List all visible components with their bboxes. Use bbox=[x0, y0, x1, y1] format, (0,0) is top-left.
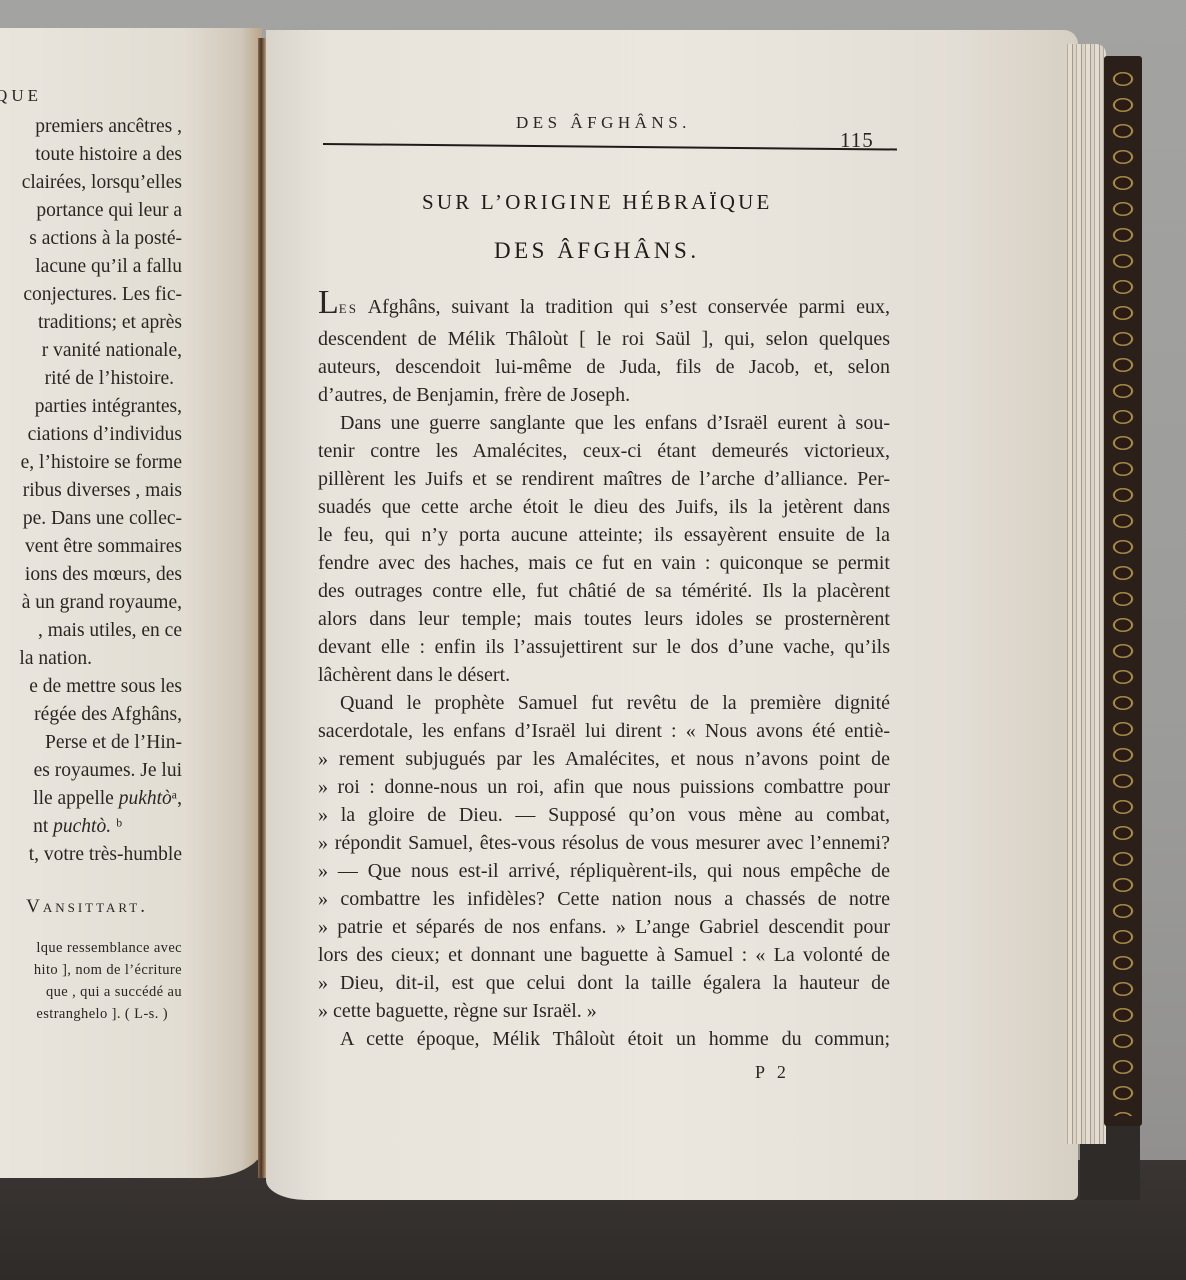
body-line: pillèrent les Juifs et se rendirent maît… bbox=[318, 468, 890, 491]
left-line: , mais utiles, en ce bbox=[38, 620, 182, 642]
left-line: portance qui leur a bbox=[36, 200, 182, 222]
left-line: ciations d’individus bbox=[28, 424, 182, 446]
running-head: DES ÂFGHÂNS. bbox=[516, 113, 691, 133]
body-line: A cette époque, Mélik Thâloùt étoit un h… bbox=[340, 1028, 890, 1051]
left-line: régée des Afghâns, bbox=[34, 704, 182, 726]
body-line-first: Les Afghâns, suivant la tradition qui s’… bbox=[318, 286, 890, 320]
body-line: » combattre les infidèles? Cette nation … bbox=[318, 888, 890, 911]
body-line: » cette baguette, règne sur Israël. » bbox=[318, 1000, 890, 1023]
left-italic-word: pukhtò bbox=[119, 788, 172, 809]
left-line-pukhto: lle appelle pukhtòᵃ, bbox=[33, 788, 182, 810]
body-line: des outrages contre elle, fut châtié de … bbox=[318, 580, 890, 603]
left-line: parties intégrantes, bbox=[35, 396, 182, 418]
left-closing-line: t, votre très-humble bbox=[29, 844, 182, 866]
body-line: Dans une guerre sanglante que les enfans… bbox=[340, 412, 890, 435]
left-line: ions des mœurs, des bbox=[25, 564, 182, 586]
body-line: lâchèrent dans le désert. bbox=[318, 664, 890, 687]
left-line-puchto: nt puchtò. ᵇ bbox=[33, 816, 122, 838]
body-line: descendent de Mélik Thâloùt [ le roi Saü… bbox=[318, 328, 890, 351]
left-text-fragment: lle appelle bbox=[33, 788, 119, 809]
left-line: pe. Dans une collec- bbox=[23, 508, 182, 530]
left-line: vent être sommaires bbox=[25, 536, 182, 558]
body-line: » Dieu, dit-il, est que celui dont la ta… bbox=[318, 972, 890, 995]
left-footnote-line: que , qui a succédé au bbox=[46, 984, 182, 1001]
drop-cap: L bbox=[318, 284, 339, 321]
left-line: la nation. bbox=[19, 648, 92, 670]
book-gutter bbox=[258, 38, 266, 1178]
body-line: » patrie et séparés de nos enfans. » L’a… bbox=[318, 916, 890, 939]
left-line: premiers ancêtres , bbox=[35, 116, 182, 138]
body-line: fendre avec des haches, mais ce fut en v… bbox=[318, 552, 890, 575]
body-line: auteurs, descendoit lui-même de Juda, fi… bbox=[318, 356, 890, 379]
page-fore-edges bbox=[1064, 44, 1106, 1144]
left-line: Perse et de l’Hin- bbox=[45, 732, 182, 754]
left-line: clairées, lorsqu’elles bbox=[22, 172, 182, 194]
left-footnote-line: estranghelo ]. ( L-s. ) bbox=[36, 1006, 168, 1023]
left-line: traditions; et après bbox=[38, 312, 182, 334]
chapter-title-line-1: SUR L’ORIGINE HÉBRAÏQUE bbox=[422, 190, 773, 215]
left-page: QUE premiers ancêtres , toute histoire a… bbox=[0, 28, 262, 1178]
left-line: ribus diverses , mais bbox=[23, 480, 182, 502]
body-line: d’autres, de Benjamin, frère de Joseph. bbox=[318, 384, 890, 407]
left-line: s actions à la posté- bbox=[29, 228, 182, 250]
left-line: es royaumes. Je lui bbox=[34, 760, 182, 782]
left-running-head: QUE bbox=[0, 86, 42, 106]
body-line: sacerdotale, les enfans d’Israël lui dir… bbox=[318, 720, 890, 743]
body-line: devant elle : enfin ils l’assujettirent … bbox=[318, 636, 890, 659]
left-line: lacune qu’il a fallu bbox=[35, 256, 182, 278]
body-line: » — Que nous est-il arrivé, répliquèrent… bbox=[318, 860, 890, 883]
left-line: e, l’histoire se forme bbox=[21, 452, 182, 474]
body-line: » répondit Samuel, êtes-vous résolus de … bbox=[318, 832, 890, 855]
body-line: suadés que cette arche étoit le dieu des… bbox=[318, 496, 890, 519]
left-line: rité de l’histoire. bbox=[45, 368, 174, 390]
left-footnote-line: hito ], nom de l’écriture bbox=[34, 962, 182, 979]
body-line: lors des cieux; et donnant une baguette … bbox=[318, 944, 890, 967]
left-line: à un grand royaume, bbox=[22, 592, 182, 614]
left-line: r vanité nationale, bbox=[42, 340, 182, 362]
left-line: conjectures. Les fic- bbox=[23, 284, 182, 306]
printer-signature-mark: P 2 bbox=[755, 1062, 790, 1083]
body-line: » rement subjugués par les Amalécites, e… bbox=[318, 748, 890, 771]
left-italic-word: puchtò. bbox=[53, 816, 111, 837]
body-line: alors dans leur temple; mais toutes leur… bbox=[318, 608, 890, 631]
left-footnote-line: lque ressemblance avec bbox=[36, 940, 182, 957]
body-line: » roi : donne-nous un roi, afin que nous… bbox=[318, 776, 890, 799]
gilt-ornament bbox=[1109, 66, 1137, 1116]
left-text-fragment: nt bbox=[33, 816, 53, 837]
body-line: Quand le prophète Samuel fut revêtu de l… bbox=[340, 692, 890, 715]
left-line: e de mettre sous les bbox=[29, 676, 182, 698]
small-caps-word: es bbox=[339, 297, 358, 317]
left-line: toute histoire a des bbox=[35, 144, 182, 166]
footnote-ref-a: ᵃ, bbox=[172, 788, 182, 809]
body-line: tenir contre les Amalécites, ceux-ci éta… bbox=[318, 440, 890, 463]
body-line-text: Afghâns, suivant la tradition qui s’est … bbox=[358, 296, 890, 318]
body-line: » la gloire de Dieu. — Supposé qu’on vou… bbox=[318, 804, 890, 827]
footnote-ref-b: ᵇ bbox=[111, 816, 122, 837]
left-signature: Vansittart. bbox=[26, 896, 148, 918]
chapter-title-line-2: DES ÂFGHÂNS. bbox=[494, 238, 700, 264]
gilt-spine-edge bbox=[1104, 56, 1142, 1126]
body-line: le feu, qui n’y porta aucune atteinte; i… bbox=[318, 524, 890, 547]
